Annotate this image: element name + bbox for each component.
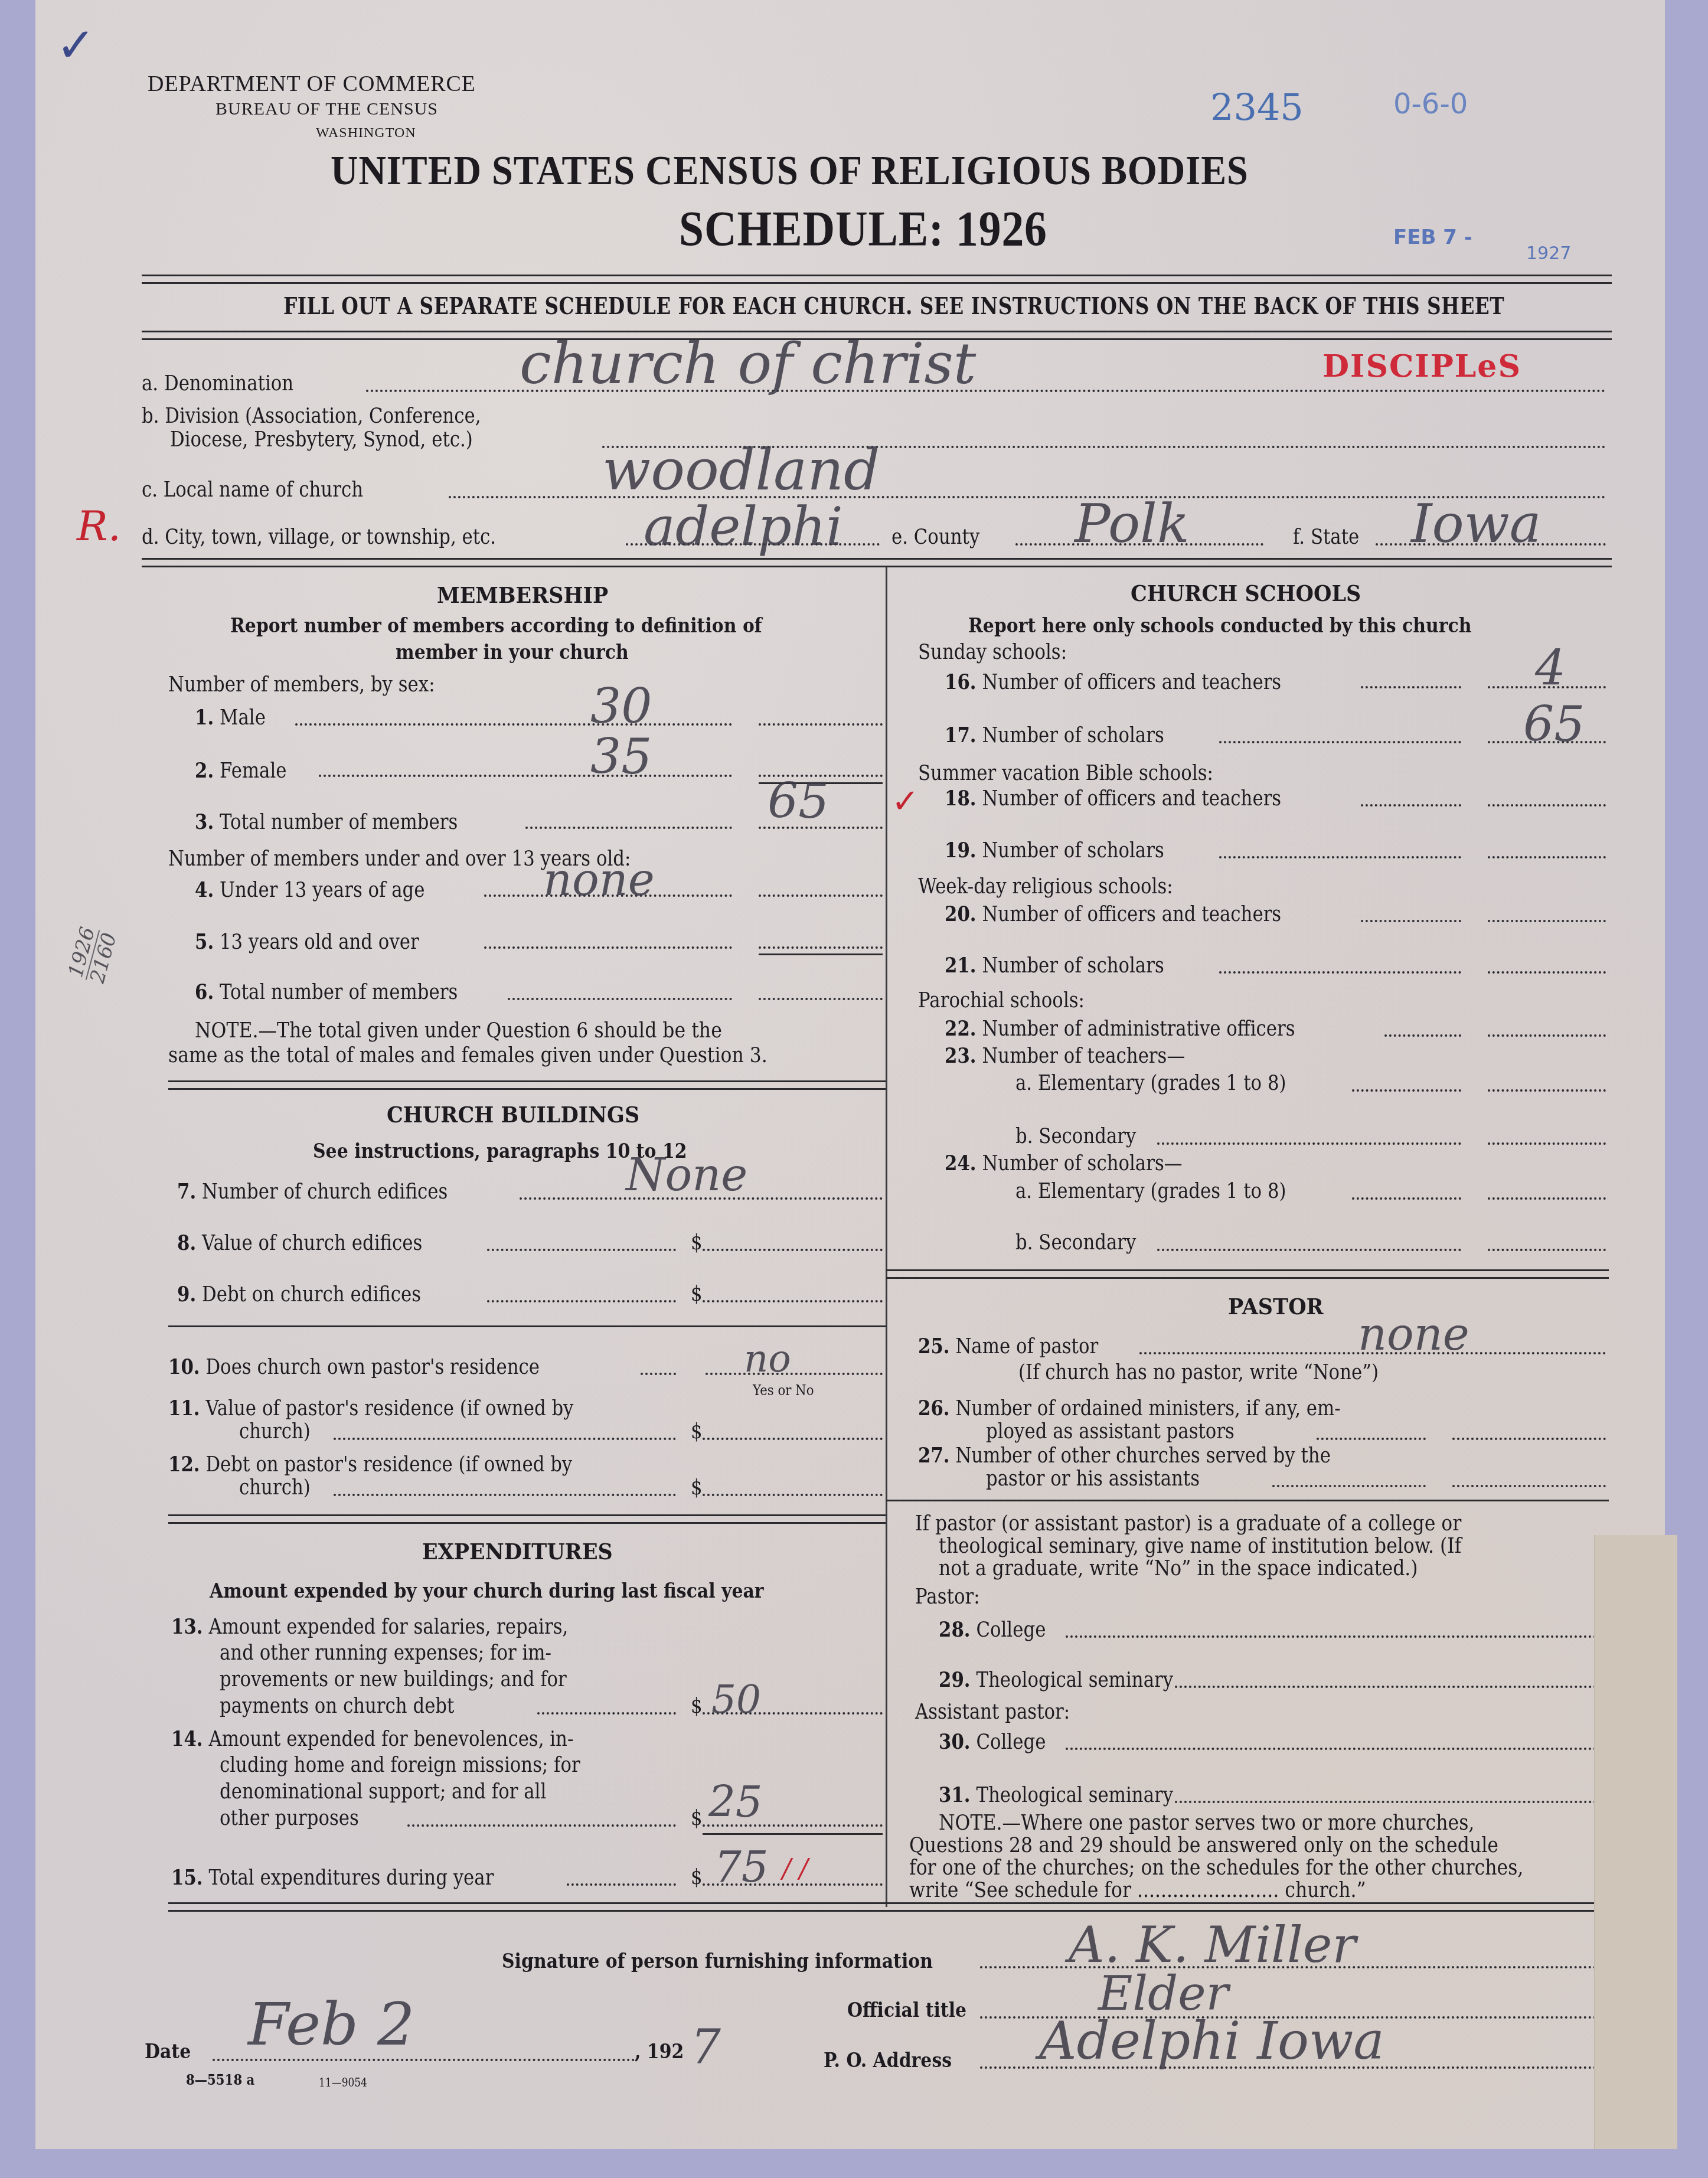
footer-divider bbox=[168, 1902, 1609, 1912]
q28-field[interactable] bbox=[1066, 1635, 1606, 1638]
q10-line bbox=[641, 1373, 676, 1375]
q13-label-2: and other running expenses; for im- bbox=[220, 1641, 551, 1665]
buildings-heading: CHURCH BUILDINGS bbox=[387, 1101, 639, 1128]
q19-line bbox=[1219, 856, 1461, 858]
q16-label: 16. Number of officers and teachers bbox=[945, 670, 1281, 694]
q27-line bbox=[1272, 1485, 1426, 1487]
q11-dollar: $ bbox=[691, 1420, 703, 1444]
q10-value: no bbox=[744, 1337, 791, 1381]
q11-text: Value of pastor's residence (if owned by bbox=[205, 1397, 573, 1421]
q21-field[interactable] bbox=[1488, 971, 1606, 974]
county-field[interactable]: Polk bbox=[1075, 493, 1189, 555]
q18-number: 18. bbox=[945, 786, 977, 811]
q15-dollar: $ bbox=[691, 1866, 703, 1889]
q22-number: 22. bbox=[945, 1017, 977, 1041]
q24a-label: a. Elementary (grades 1 to 8) bbox=[1015, 1180, 1286, 1203]
q27-label-2: pastor or his assistants bbox=[986, 1467, 1200, 1491]
weekday-schools-label: Week-day religious schools: bbox=[918, 875, 1173, 899]
q5-line bbox=[484, 946, 732, 949]
q31-number: 31. bbox=[939, 1783, 971, 1807]
q30-label: 30. College bbox=[939, 1730, 1046, 1754]
q14-label-4: other purposes bbox=[220, 1807, 359, 1830]
pastor-sub-label: Pastor: bbox=[915, 1585, 980, 1609]
q19-number: 19. bbox=[945, 838, 977, 863]
column-divider bbox=[886, 567, 887, 1907]
q24-number: 24. bbox=[945, 1151, 977, 1175]
date-field[interactable] bbox=[213, 2059, 635, 2061]
q15-text: Total expenditures during year bbox=[208, 1866, 494, 1890]
q5-text: 13 years old and over bbox=[220, 930, 419, 954]
q12-dollar: $ bbox=[691, 1476, 703, 1500]
q24b-field[interactable] bbox=[1488, 1249, 1606, 1251]
q5-sum-rule bbox=[759, 954, 883, 955]
q23a-field[interactable] bbox=[1488, 1089, 1606, 1092]
q26-line bbox=[1317, 1438, 1426, 1440]
city-field[interactable]: adelphi bbox=[644, 496, 843, 558]
q27-field[interactable] bbox=[1452, 1485, 1606, 1487]
q5-field[interactable] bbox=[759, 946, 883, 949]
q14-sum-rule bbox=[703, 1833, 883, 1835]
membership-note-2: same as the total of males and females g… bbox=[168, 1043, 768, 1068]
q22-line bbox=[1384, 1034, 1461, 1037]
q28-label: 28. College bbox=[939, 1618, 1046, 1642]
q17-line bbox=[1219, 741, 1461, 743]
q12-text: Debt on pastor's residence (if owned by bbox=[205, 1453, 572, 1477]
division-label-1: b. Division (Association, Conference, bbox=[142, 404, 481, 428]
county-label: e. County bbox=[891, 525, 979, 549]
q15-label: 15. Total expenditures during year bbox=[171, 1866, 494, 1890]
form-title: UNITED STATES CENSUS OF RELIGIOUS BODIES bbox=[331, 148, 1249, 195]
q14-label-1: 14. Amount expended for benevolences, in… bbox=[171, 1727, 573, 1751]
q3-line bbox=[525, 827, 732, 829]
q16-number: 16. bbox=[945, 670, 977, 694]
q18-field[interactable] bbox=[1488, 804, 1606, 806]
q10-field[interactable] bbox=[706, 1373, 883, 1375]
q21-number: 21. bbox=[945, 954, 977, 978]
q26-number: 26. bbox=[918, 1396, 950, 1421]
q23-number: 23. bbox=[945, 1044, 977, 1068]
red-checkmark-icon: ✓ bbox=[891, 782, 919, 821]
instructions-banner: FILL OUT A SEPARATE SCHEDULE FOR EACH CH… bbox=[283, 292, 1504, 320]
q12-field[interactable] bbox=[703, 1494, 883, 1496]
membership-subheading-2: member in your church bbox=[396, 641, 629, 664]
q8-number: 8. bbox=[177, 1231, 196, 1255]
q11-field[interactable] bbox=[703, 1438, 883, 1440]
margin-pencil-note: 1926 2160 bbox=[65, 925, 120, 985]
schools-divider bbox=[886, 1269, 1609, 1279]
q9-line bbox=[487, 1300, 676, 1302]
pastor-heading: PASTOR bbox=[1228, 1293, 1324, 1320]
q12-label-1: 12. Debt on pastor's residence (if owned… bbox=[168, 1452, 572, 1477]
q3-value: 65 bbox=[768, 773, 829, 830]
denomination-label: a. Denomination bbox=[142, 372, 293, 396]
q4-text: Under 13 years of age bbox=[220, 879, 425, 902]
print-number: 11—9054 bbox=[319, 2075, 367, 2089]
q13-label-3: provements or new buildings; and for bbox=[220, 1668, 567, 1692]
summer-schools-label: Summer vacation Bible schools: bbox=[918, 762, 1213, 785]
q6-line bbox=[508, 998, 732, 1000]
parochial-schools-label: Parochial schools: bbox=[918, 989, 1085, 1013]
state-field[interactable]: Iowa bbox=[1411, 493, 1541, 555]
q14-text-1: Amount expended for benevolences, in- bbox=[208, 1728, 573, 1751]
q23a-line bbox=[1352, 1089, 1461, 1092]
q8-dollar: $ bbox=[691, 1231, 703, 1255]
expenditures-subheading: Amount expended by your church during la… bbox=[210, 1579, 764, 1603]
pastor-note-4: write “See schedule for ................… bbox=[909, 1878, 1366, 1903]
q24a-line bbox=[1352, 1197, 1461, 1200]
graduate-note-2: theological seminary, give name of insti… bbox=[939, 1534, 1461, 1559]
official-title-label: Official title bbox=[847, 1999, 966, 2022]
q20-number: 20. bbox=[945, 902, 977, 926]
signature-label: Signature of person furnishing informati… bbox=[502, 1950, 933, 1973]
membership-subheading-1: Report number of members according to de… bbox=[230, 614, 762, 638]
received-date-stamp: FEB 7 - bbox=[1393, 226, 1472, 249]
q23b-line bbox=[1157, 1142, 1461, 1145]
q13-number: 13. bbox=[171, 1615, 203, 1639]
q4-value: none bbox=[543, 853, 655, 906]
q14-value: 25 bbox=[708, 1777, 763, 1827]
q25-hint: (If church has no pastor, write “None”) bbox=[1018, 1361, 1379, 1384]
denomination-field[interactable]: church of christ bbox=[520, 331, 976, 397]
q29-text: Theological seminary bbox=[976, 1668, 1173, 1692]
q8-line bbox=[487, 1249, 676, 1251]
q12-label-2: church) bbox=[239, 1476, 311, 1500]
q30-field[interactable] bbox=[1066, 1748, 1606, 1750]
q1-field[interactable] bbox=[759, 723, 883, 726]
q1-number: 1. bbox=[195, 706, 214, 730]
denomination-stamp: DISCIPLeS bbox=[1322, 348, 1521, 384]
pastor-note-3: for one of the churches; on the schedule… bbox=[909, 1856, 1523, 1880]
q31-text: Theological seminary bbox=[976, 1784, 1173, 1807]
q1-line bbox=[295, 723, 732, 726]
q24-label: 24. Number of scholars— bbox=[945, 1151, 1183, 1175]
q8-text: Value of church edifices bbox=[202, 1232, 422, 1255]
q6-text: Total number of members bbox=[220, 981, 458, 1004]
q25-value: none bbox=[1358, 1308, 1469, 1360]
q13-text-1: Amount expended for salaries, repairs, bbox=[208, 1615, 568, 1639]
local-name-field[interactable]: woodland bbox=[602, 437, 880, 503]
q17-value: 65 bbox=[1523, 697, 1585, 753]
q25-number: 25. bbox=[918, 1334, 950, 1359]
po-address-label: P. O. Address bbox=[824, 2049, 952, 2072]
buildings-divider bbox=[168, 1325, 886, 1327]
code-stamp: 0-6-0 bbox=[1393, 87, 1468, 120]
q11-label-1: 11. Value of pastor's residence (if owne… bbox=[168, 1396, 574, 1421]
q16-text: Number of officers and teachers bbox=[982, 671, 1281, 694]
q10-hint: Yes or No bbox=[753, 1382, 814, 1399]
q9-text: Debt on church edifices bbox=[202, 1283, 421, 1307]
local-name-label: c. Local name of church bbox=[142, 478, 363, 502]
q31-label: 31. Theological seminary bbox=[939, 1783, 1173, 1807]
header-divider bbox=[142, 275, 1612, 284]
expenditures-heading: EXPENDITURES bbox=[422, 1538, 613, 1565]
q21-line bbox=[1219, 971, 1461, 974]
q14-number: 14. bbox=[171, 1727, 203, 1751]
assistant-pastor-label: Assistant pastor: bbox=[915, 1700, 1070, 1724]
q24a-field[interactable] bbox=[1488, 1197, 1606, 1200]
by-sex-label: Number of members, by sex: bbox=[168, 673, 435, 697]
q18-label: 18. Number of officers and teachers bbox=[945, 786, 1281, 811]
q14-dollar: $ bbox=[691, 1807, 703, 1830]
q7-value: None bbox=[626, 1148, 747, 1201]
q6-field[interactable] bbox=[759, 998, 883, 1000]
q23-text: Number of teachers— bbox=[982, 1044, 1185, 1068]
q14-label-2: cluding home and foreign missions; for bbox=[220, 1753, 580, 1777]
q27-label-1: 27. Number of other churches served by t… bbox=[918, 1444, 1331, 1468]
q8-field[interactable] bbox=[703, 1249, 883, 1251]
date-value: Feb 2 bbox=[248, 1990, 415, 2059]
q6-number: 6. bbox=[195, 980, 214, 1004]
census-schedule-page: ✓ DEPARTMENT OF COMMERCE BUREAU OF THE C… bbox=[35, 0, 1665, 2149]
q21-label: 21. Number of scholars bbox=[945, 954, 1164, 978]
q19-label: 19. Number of scholars bbox=[945, 838, 1164, 863]
q10-number: 10. bbox=[168, 1355, 200, 1379]
q13-value: 50 bbox=[711, 1677, 761, 1722]
q10-text: Does church own pastor's residence bbox=[205, 1356, 540, 1379]
q2-text: Female bbox=[220, 759, 287, 783]
q30-number: 30. bbox=[939, 1730, 971, 1754]
date-year-prefix: , 192 bbox=[635, 2040, 684, 2063]
q23b-field[interactable] bbox=[1488, 1142, 1606, 1145]
q12-number: 12. bbox=[168, 1452, 200, 1477]
q20-field[interactable] bbox=[1488, 920, 1606, 922]
po-address-value: Adelphi Iowa bbox=[1039, 2010, 1384, 2071]
bureau-name: BUREAU OF THE CENSUS bbox=[215, 99, 438, 119]
q11-number: 11. bbox=[168, 1396, 200, 1421]
graduate-note-1: If pastor (or assistant pastor) is a gra… bbox=[915, 1511, 1461, 1536]
q2-line bbox=[319, 775, 732, 777]
q13-label-1: 13. Amount expended for salaries, repair… bbox=[171, 1615, 568, 1639]
q2-label: 2. Female bbox=[195, 759, 287, 783]
q27-text: Number of other churches served by the bbox=[955, 1444, 1330, 1468]
q9-number: 9. bbox=[177, 1282, 196, 1307]
q1-text: Male bbox=[220, 706, 266, 730]
bureau-city: WASHINGTON bbox=[316, 125, 416, 141]
file-number-stamp: 2345 bbox=[1210, 86, 1304, 129]
residence-divider bbox=[168, 1514, 886, 1524]
q24b-label: b. Secondary bbox=[1015, 1231, 1136, 1255]
received-year-stamp: 1927 bbox=[1526, 243, 1571, 264]
pastor-note-2: Questions 28 and 29 should be answered o… bbox=[909, 1833, 1498, 1858]
q11-line bbox=[334, 1438, 676, 1440]
q19-field[interactable] bbox=[1488, 856, 1606, 858]
form-number: 8—5518 a bbox=[186, 2071, 254, 2088]
q14-line bbox=[407, 1824, 676, 1827]
q26-label-2: ployed as assistant pastors bbox=[986, 1420, 1235, 1444]
q14-label-3: denominational support; and for all bbox=[220, 1780, 546, 1804]
q3-label: 3. Total number of members bbox=[195, 810, 458, 834]
schools-subheading: Report here only schools conducted by th… bbox=[968, 614, 1471, 638]
q20-text: Number of officers and teachers bbox=[982, 903, 1281, 926]
q9-dollar: $ bbox=[691, 1282, 703, 1306]
identification-divider bbox=[142, 558, 1612, 567]
q2-number: 2. bbox=[195, 759, 214, 783]
q28-number: 28. bbox=[939, 1618, 971, 1642]
q4-label: 4. Under 13 years of age bbox=[195, 878, 425, 902]
department-name: DEPARTMENT OF COMMERCE bbox=[148, 71, 476, 97]
q8-label: 8. Value of church edifices bbox=[177, 1231, 422, 1255]
q24b-line bbox=[1157, 1249, 1461, 1251]
q9-field[interactable] bbox=[703, 1300, 883, 1302]
q3-number: 3. bbox=[195, 810, 214, 834]
schedule-year: SCHEDULE: 1926 bbox=[679, 201, 1047, 258]
q7-number: 7. bbox=[177, 1180, 196, 1204]
sunday-schools-label: Sunday schools: bbox=[918, 641, 1067, 664]
q23b-label: b. Secondary bbox=[1015, 1125, 1136, 1148]
q28-text: College bbox=[976, 1618, 1046, 1642]
q9-label: 9. Debt on church edifices bbox=[177, 1282, 421, 1307]
q16-line bbox=[1361, 686, 1461, 688]
margin-mark: R. bbox=[77, 502, 121, 550]
pastor-divider bbox=[886, 1500, 1609, 1501]
city-label: d. City, town, village, or township, etc… bbox=[142, 525, 496, 549]
q6-label: 6. Total number of members bbox=[195, 980, 458, 1004]
q1-value: 30 bbox=[590, 679, 652, 735]
q15-number: 15. bbox=[171, 1866, 203, 1890]
q15-value: 75 bbox=[714, 1842, 769, 1892]
pastor-note-1: NOTE.—Where one pastor serves two or mor… bbox=[939, 1811, 1474, 1836]
q4-number: 4. bbox=[195, 878, 214, 902]
folded-paper-flap bbox=[1594, 1535, 1677, 2149]
q13-dollar: $ bbox=[691, 1694, 703, 1718]
q7-label: 7. Number of church edifices bbox=[177, 1180, 448, 1204]
q5-number: 5. bbox=[195, 930, 214, 954]
q13-line bbox=[537, 1712, 676, 1715]
q29-field[interactable] bbox=[1175, 1686, 1606, 1688]
schools-heading: CHURCH SCHOOLS bbox=[1131, 580, 1361, 606]
q2-value: 35 bbox=[590, 729, 652, 785]
date-label: Date bbox=[145, 2040, 191, 2063]
q23a-label: a. Elementary (grades 1 to 8) bbox=[1015, 1072, 1286, 1095]
q26-field[interactable] bbox=[1452, 1438, 1606, 1440]
q4-field[interactable] bbox=[759, 894, 883, 897]
q30-text: College bbox=[976, 1730, 1046, 1754]
checkmark-icon: ✓ bbox=[56, 18, 96, 73]
q22-label: 22. Number of administrative officers bbox=[945, 1017, 1295, 1041]
q1-label: 1. Male bbox=[195, 706, 266, 730]
q11-label-2: church) bbox=[239, 1420, 311, 1444]
q16-value: 4 bbox=[1535, 641, 1566, 697]
q21-text: Number of scholars bbox=[982, 954, 1164, 978]
q19-text: Number of scholars bbox=[982, 839, 1164, 863]
q26-text: Number of ordained ministers, if any, em… bbox=[955, 1397, 1340, 1421]
q22-text: Number of administrative officers bbox=[982, 1017, 1295, 1041]
q13-label-4: payments on church debt bbox=[220, 1694, 454, 1718]
q17-label: 17. Number of scholars bbox=[945, 723, 1164, 747]
q24-text: Number of scholars— bbox=[982, 1152, 1182, 1175]
membership-note-1: NOTE.—The total given under Question 6 s… bbox=[195, 1018, 722, 1043]
signature-value: A. K. Miller bbox=[1069, 1916, 1356, 1974]
q29-label: 29. Theological seminary bbox=[939, 1668, 1173, 1692]
q7-text: Number of church edifices bbox=[202, 1180, 448, 1204]
q5-label: 5. 13 years old and over bbox=[195, 930, 419, 954]
q23-label: 23. Number of teachers— bbox=[945, 1044, 1185, 1068]
q22-field[interactable] bbox=[1488, 1034, 1606, 1037]
q25-label: 25. Name of pastor bbox=[918, 1334, 1098, 1359]
q17-text: Number of scholars bbox=[982, 724, 1164, 747]
date-year-value: 7 bbox=[691, 2019, 721, 2074]
red-tick-marks: / / bbox=[782, 1854, 808, 1884]
q18-text: Number of officers and teachers bbox=[982, 787, 1281, 811]
division-label-2: Diocese, Presbytery, Synod, etc.) bbox=[170, 428, 473, 452]
q20-label: 20. Number of officers and teachers bbox=[945, 902, 1281, 926]
q15-line bbox=[567, 1883, 676, 1886]
q10-label: 10. Does church own pastor's residence bbox=[168, 1355, 540, 1379]
state-label: f. State bbox=[1293, 525, 1359, 549]
q17-number: 17. bbox=[945, 723, 977, 747]
q20-line bbox=[1361, 920, 1461, 922]
membership-divider bbox=[168, 1080, 886, 1090]
q18-line bbox=[1361, 804, 1461, 806]
q3-text: Total number of members bbox=[220, 811, 458, 834]
q25-text: Name of pastor bbox=[955, 1335, 1098, 1359]
membership-heading: MEMBERSHIP bbox=[437, 582, 608, 608]
q26-label-1: 26. Number of ordained ministers, if any… bbox=[918, 1396, 1341, 1421]
graduate-note-3: not a graduate, write “No” in the space … bbox=[939, 1556, 1418, 1581]
q12-line bbox=[334, 1494, 676, 1496]
q27-number: 27. bbox=[918, 1444, 950, 1468]
q29-number: 29. bbox=[939, 1668, 971, 1692]
q31-field[interactable] bbox=[1175, 1801, 1606, 1803]
